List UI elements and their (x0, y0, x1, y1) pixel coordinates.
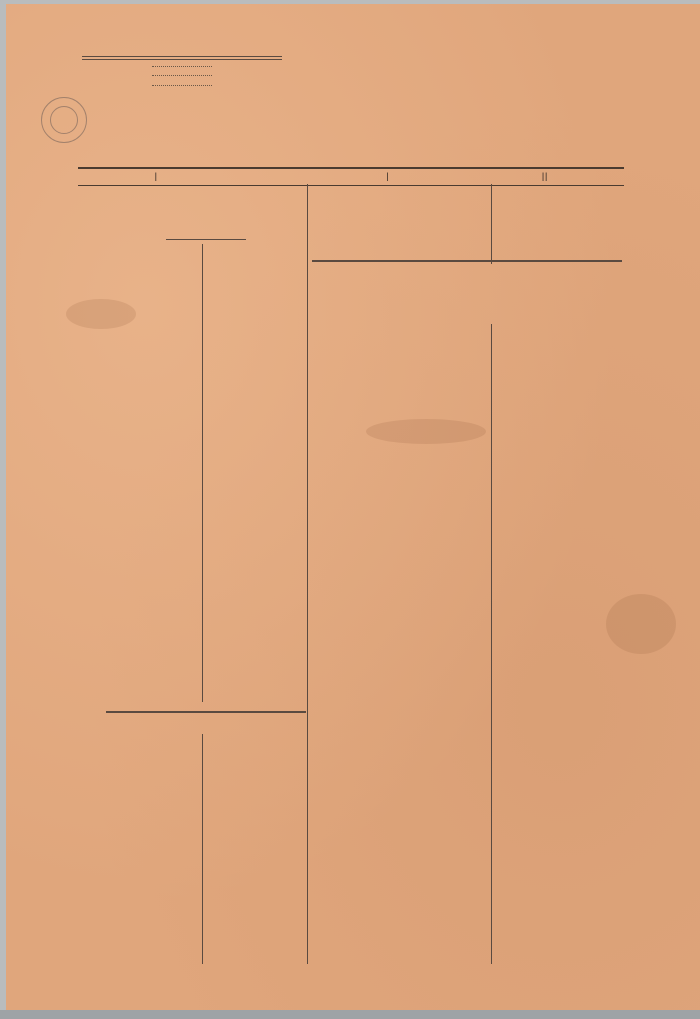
top-right-column4 (496, 186, 626, 254)
paper-stain (366, 419, 486, 444)
chronika-column2 (206, 716, 304, 971)
column-rule (491, 184, 492, 264)
dateline: | | || (78, 167, 624, 186)
subscription-header (82, 56, 282, 60)
section-divider (106, 711, 306, 713)
ornament-divider (152, 82, 212, 86)
paper-stain (66, 299, 136, 329)
library-stamp-icon (41, 97, 87, 143)
section-divider (312, 260, 622, 262)
subscription-terms (82, 54, 282, 86)
column-rule (202, 734, 203, 964)
divider (166, 239, 246, 240)
top-right-column3 (312, 186, 488, 254)
paper-stain (606, 594, 676, 654)
column-rule (491, 324, 492, 964)
ornament-divider (152, 63, 212, 67)
article1-column2 (206, 242, 304, 697)
scan-border (0, 1010, 700, 1019)
ornament-divider (152, 72, 212, 76)
newspaper-page: | | || (6, 4, 700, 1010)
column-rule (202, 244, 203, 702)
chronika-column1 (106, 742, 198, 967)
column-rule (307, 184, 308, 964)
article2-column4 (496, 329, 626, 969)
